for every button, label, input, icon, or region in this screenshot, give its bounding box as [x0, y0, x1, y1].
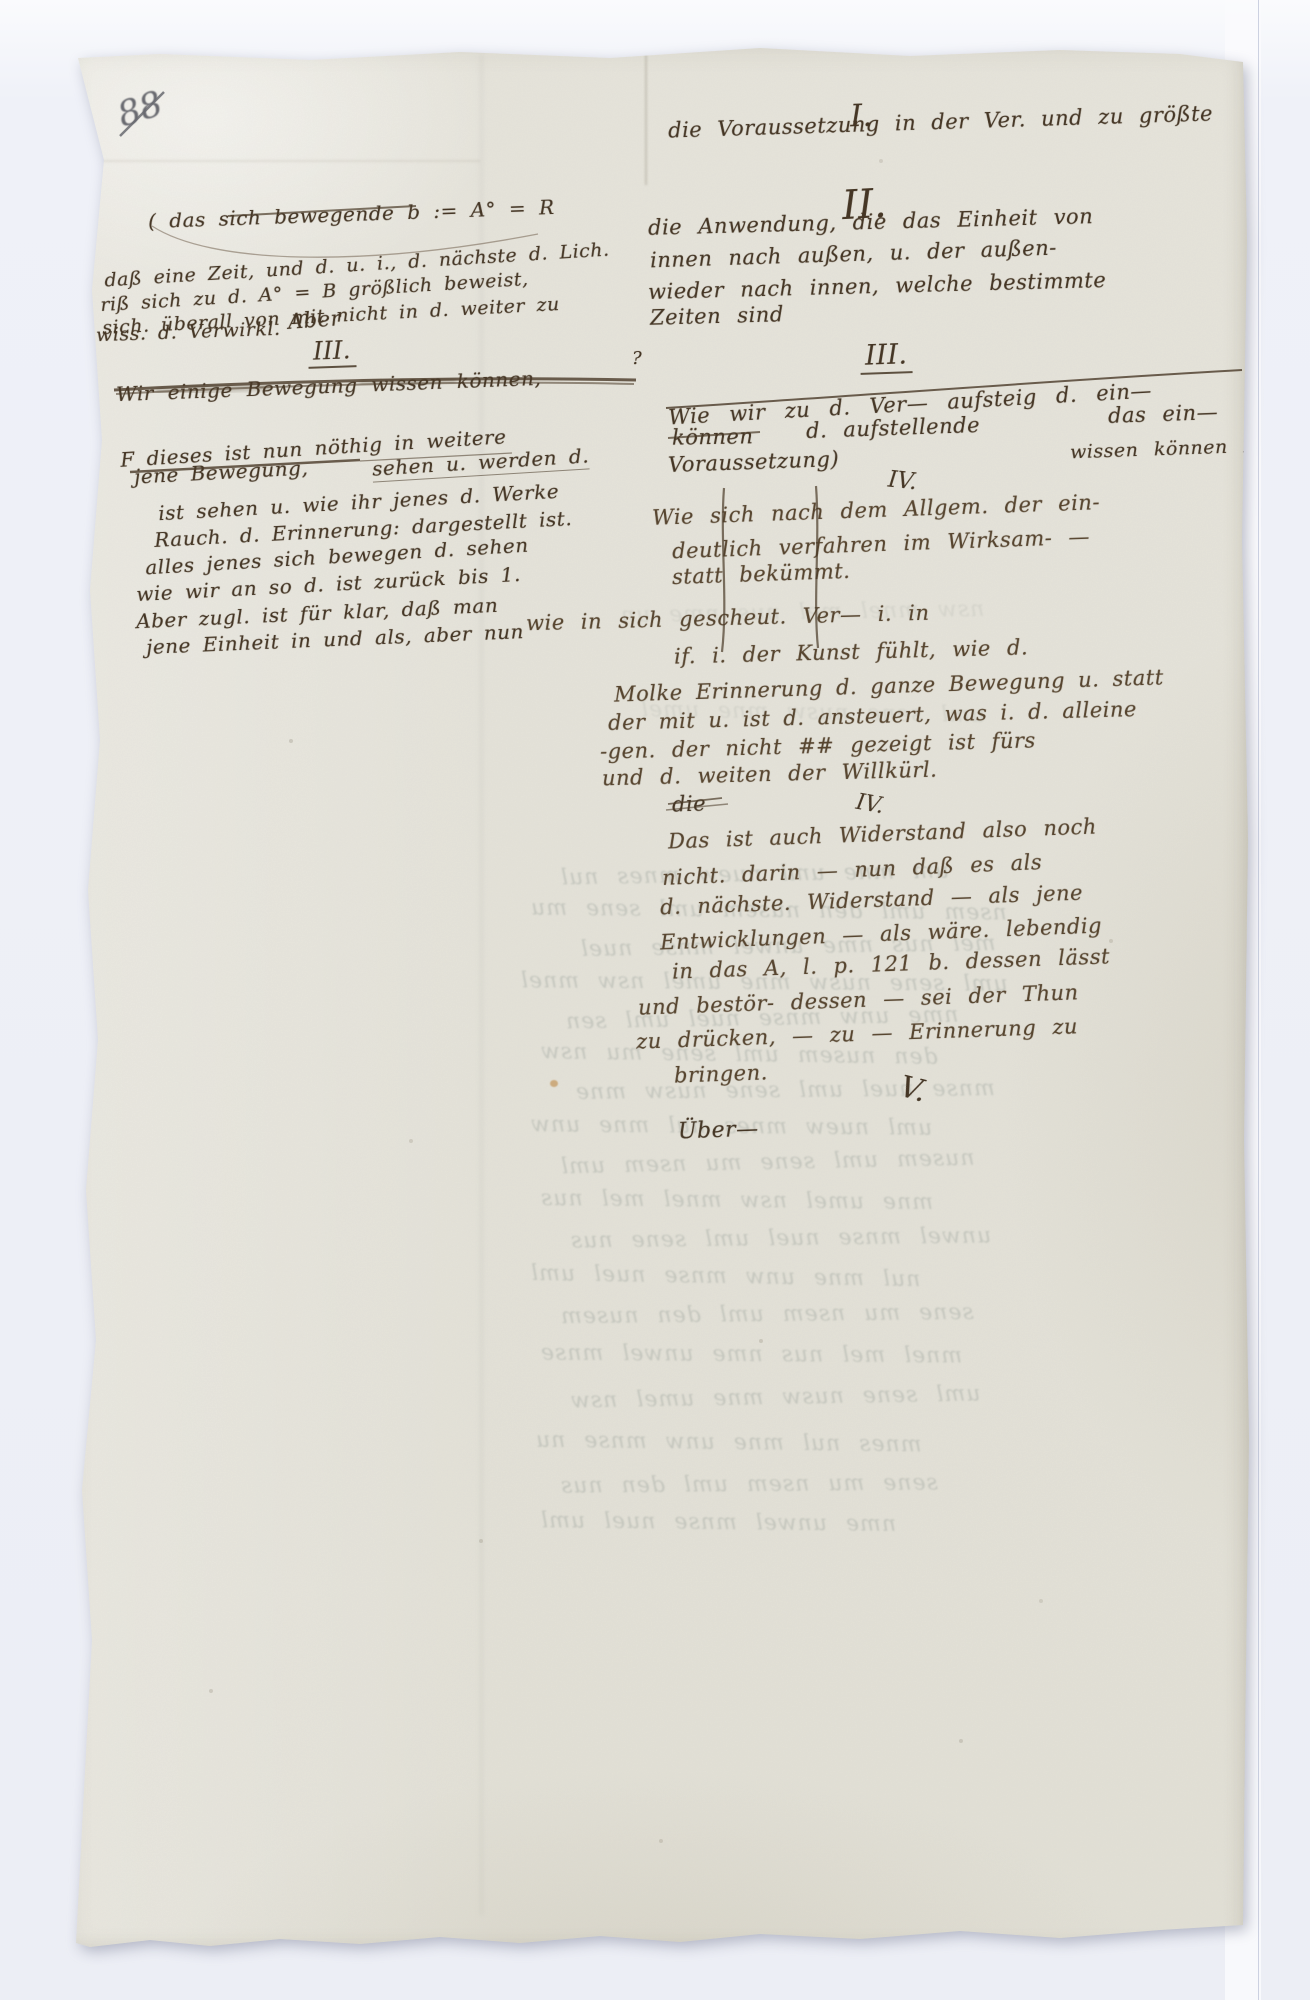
handwritten-line: die Voraussetzung in der Ver. und zu grö…	[668, 101, 1214, 142]
handwritten-fragment: wissen können F.	[1070, 435, 1261, 464]
handwritten-line: die Anwendung, die das Einheit von	[648, 204, 1094, 240]
ink-layer: 88 ( das sich bewegende b := A° = R daß …	[60, 40, 1255, 1960]
handwritten-line: und bestör- dessen — sei der Thun	[638, 980, 1079, 1019]
paper-specks	[60, 40, 62, 42]
manuscript-paper-wrap: nsw mnel mel nus nme un uml sene nusw mn…	[60, 40, 1255, 1960]
handwritten-line: innen nach außen, u. der außen-	[650, 236, 1057, 273]
handwritten-fragment: d. aufstellende	[806, 413, 981, 443]
scanner-seam-line	[1258, 0, 1259, 2000]
struck-line: Wir einige Bewegung wissen können,	[116, 366, 542, 406]
struck-paragraph-line: Wie sich nach dem Allgem. der ein-	[652, 490, 1101, 530]
handwritten-aside: Aber	[287, 306, 342, 334]
section-heading-iv-first: IV.	[887, 467, 919, 496]
handwritten-line: ( das sich bewegende b := A° = R	[148, 195, 555, 233]
page-number: 88	[113, 84, 168, 136]
handwritten-line: Das ist auch Widerstand also noch	[668, 815, 1098, 854]
marginal-mark: ?	[632, 348, 642, 369]
struck-paragraph-line: statt bekümmt.	[672, 559, 851, 589]
handwritten-line: -gen. der nicht ## gezeigt ist fürs	[600, 728, 1036, 763]
handwritten-line: Zeiten sind	[650, 302, 784, 329]
handwritten-line: bringen.	[674, 1060, 769, 1087]
struck-paragraph-line: deutlich verfahren im Wirksam- —	[672, 525, 1091, 564]
handwritten-line: und d. weiten der Willkürl.	[602, 758, 938, 791]
handwritten-line: zu drücken, — zu — Erinnerung zu	[636, 1014, 1079, 1053]
closing-word: Über—	[678, 1117, 759, 1145]
handwritten-fragment: das ein—	[1108, 400, 1219, 428]
section-heading-iv-second: IV.	[854, 790, 886, 819]
handwritten-line: wieder nach innen, welche bestimmte	[648, 268, 1107, 304]
section-heading-v: V.	[896, 1069, 930, 1109]
scanned-manuscript-page: { "colors":{"background":"#edeff6","pape…	[0, 0, 1310, 2000]
handwritten-line: if. i. der Kunst fühlt, wie d.	[674, 635, 1029, 668]
section-heading-iii-right: III.	[859, 337, 912, 375]
manuscript-paper: nsw mnel mel nus nme un uml sene nusw mn…	[60, 40, 1255, 1960]
struck-fragment: können	[672, 424, 754, 449]
struck-fragment: die	[672, 791, 707, 816]
handwritten-line: wie in sich gescheut. Ver— i. in	[526, 601, 930, 636]
section-heading-iii-left: III.	[307, 335, 356, 369]
handwritten-fragment: Voraussetzung)	[668, 447, 840, 477]
